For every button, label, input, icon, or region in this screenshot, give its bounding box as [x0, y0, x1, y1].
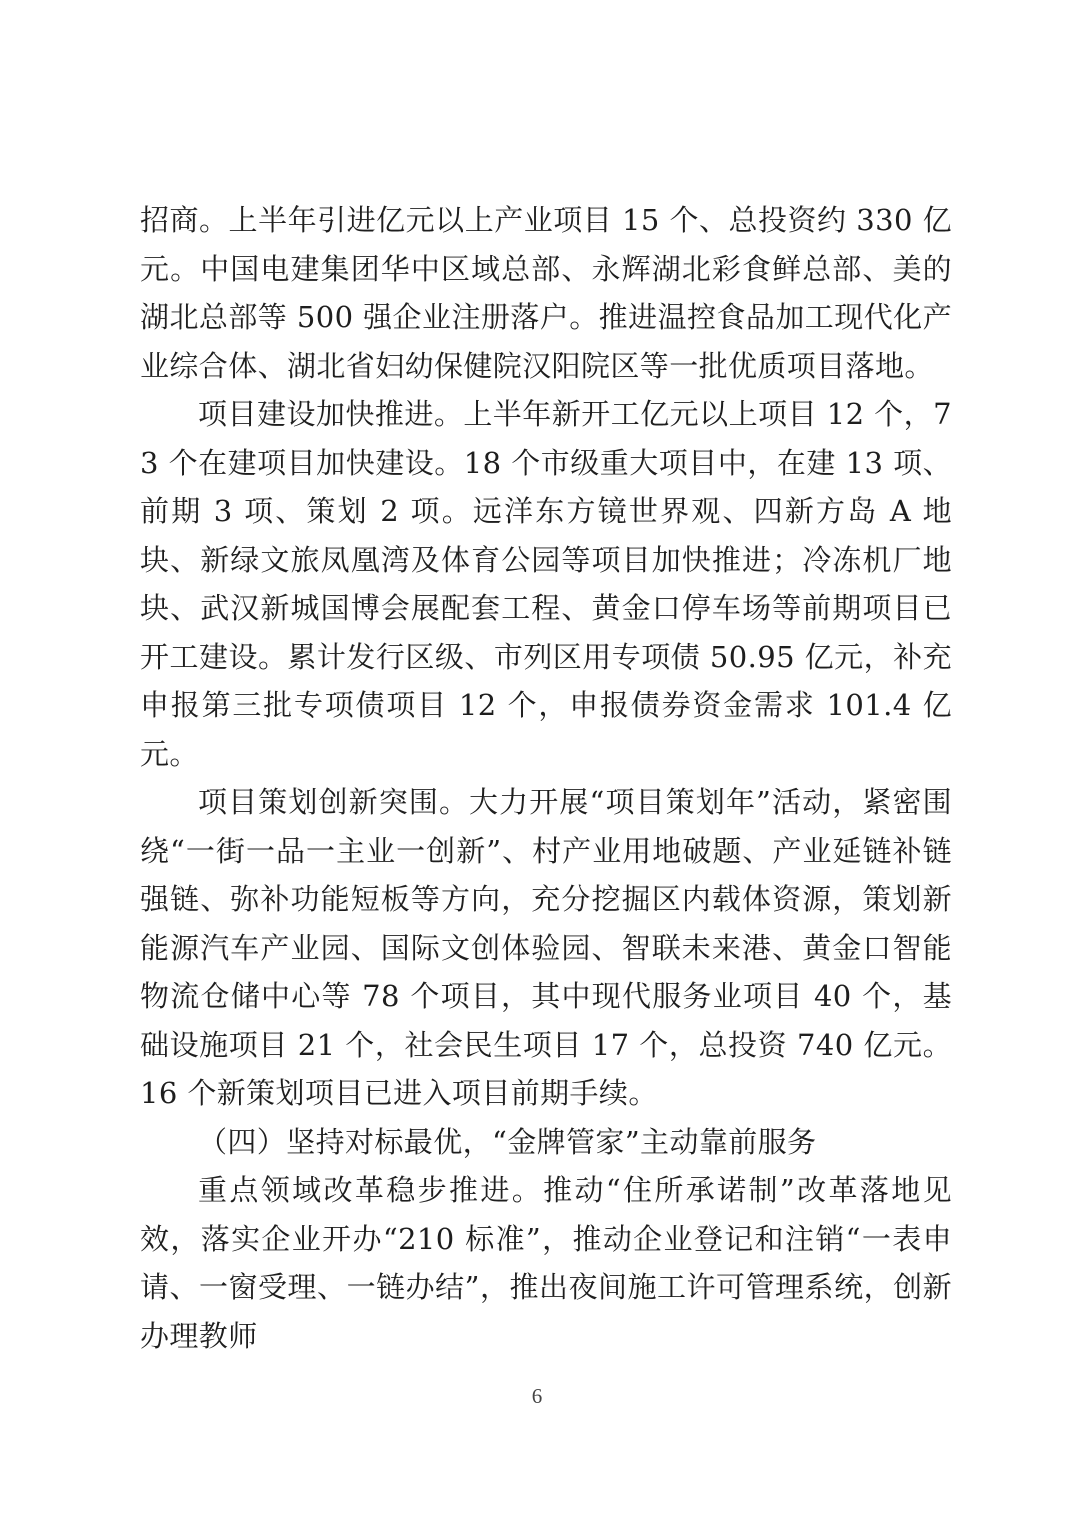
- paragraph-continuation: 招商。上半年引进亿元以上产业项目 15 个、总投资约 330 亿元。中国电建集团…: [140, 196, 952, 390]
- document-body: 招商。上半年引进亿元以上产业项目 15 个、总投资约 330 亿元。中国电建集团…: [0, 0, 1074, 1360]
- document-page: 招商。上半年引进亿元以上产业项目 15 个、总投资约 330 亿元。中国电建集团…: [0, 0, 1074, 1520]
- paragraph-reform: 重点领域改革稳步推进。推动“住所承诺制”改革落地见效，落实企业开办“210 标准…: [140, 1166, 952, 1360]
- paragraph-project-planning: 项目策划创新突围。大力开展“项目策划年”活动，紧密围绕“一街一品一主业一创新”、…: [140, 778, 952, 1118]
- page-number: 6: [0, 1384, 1074, 1409]
- paragraph-project-construction: 项目建设加快推进。上半年新开工亿元以上项目 12 个，73 个在建项目加快建设。…: [140, 390, 952, 778]
- section-heading: （四）坚持对标最优，“金牌管家”主动靠前服务: [140, 1118, 952, 1167]
